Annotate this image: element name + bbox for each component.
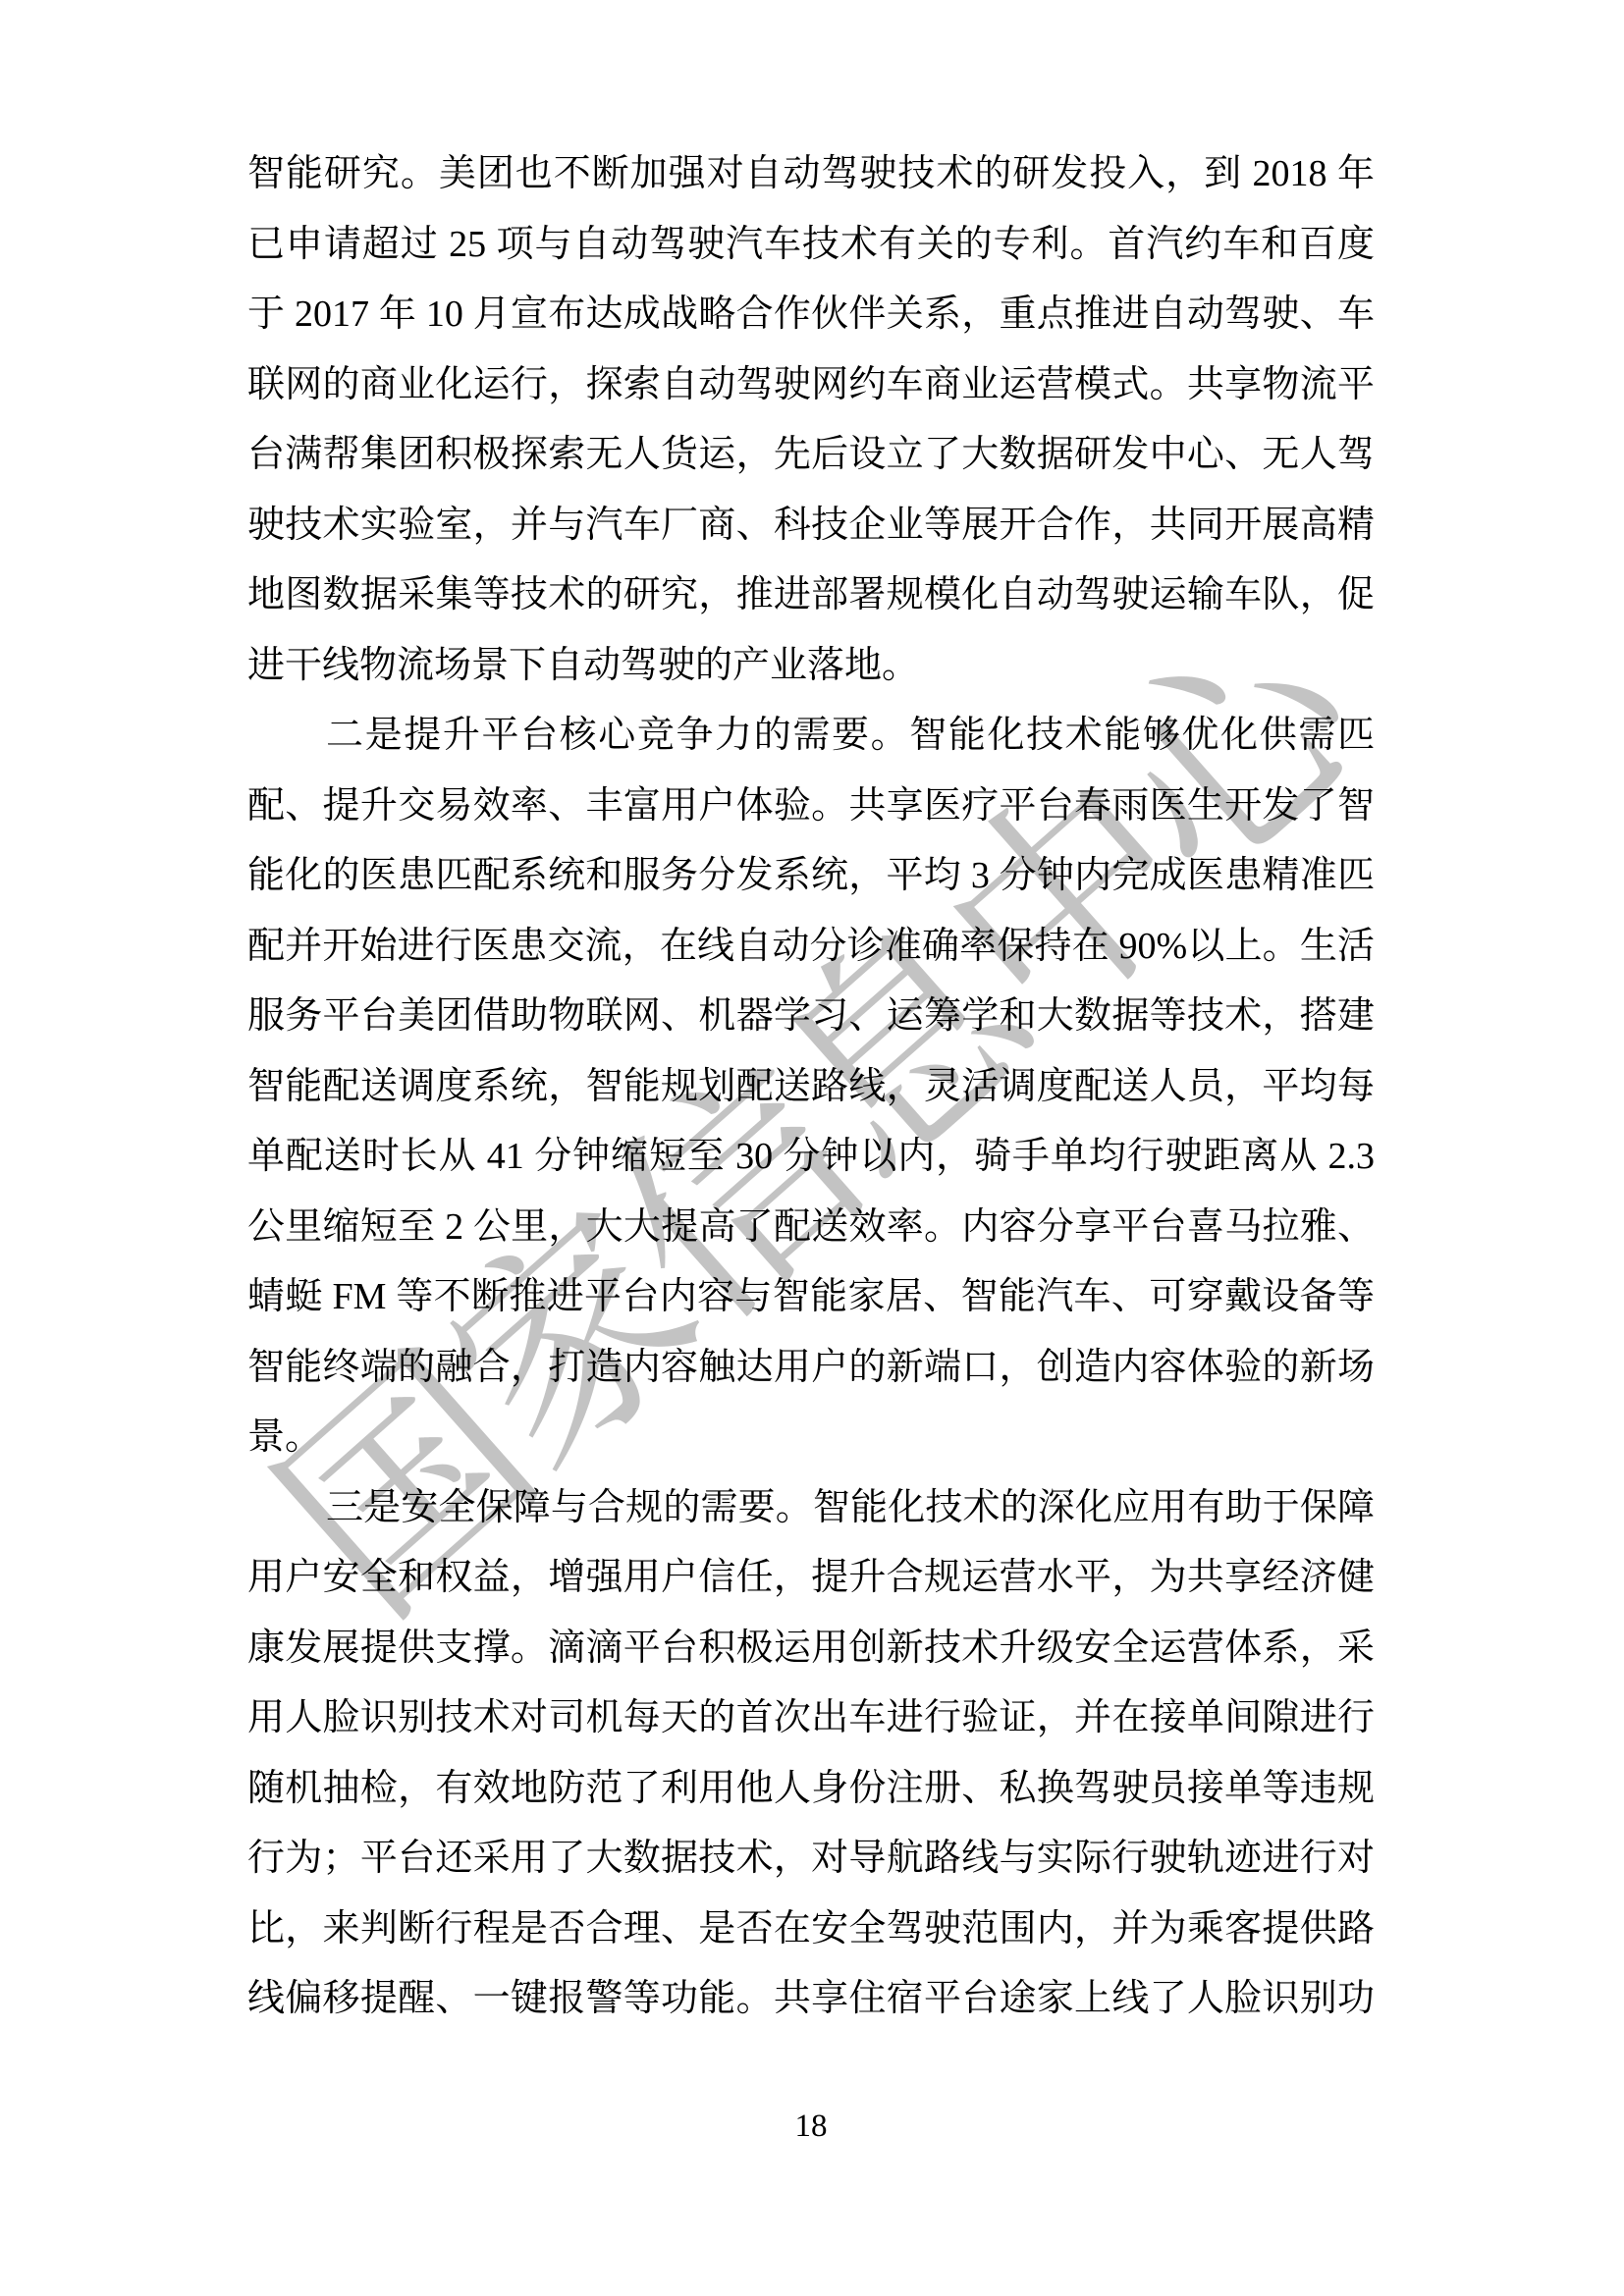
text-line: 能化的医患匹配系统和服务分发系统，平均 3 分钟内完成医患精准匹 xyxy=(247,841,1375,912)
document-text-body: 智能研究。美团也不断加强对自动驾驶技术的研发投入，到 2018 年已申请超过 2… xyxy=(247,139,1375,2035)
document-page: 国家信息中心 智能研究。美团也不断加强对自动驾驶技术的研发投入，到 2018 年… xyxy=(0,0,1624,2296)
text-line: 配、提升交易效率、丰富用户体验。共享医疗平台春雨医生开发了智 xyxy=(247,772,1375,842)
text-line: 三是安全保障与合规的需要。智能化技术的深化应用有助于保障 xyxy=(247,1473,1375,1544)
text-line: 线偏移提醒、一键报警等功能。共享住宿平台途家上线了人脸识别功 xyxy=(247,1964,1375,2035)
text-line: 智能配送调度系统，智能规划配送路线，灵活调度配送人员，平均每 xyxy=(247,1052,1375,1123)
text-line: 随机抽检，有效地防范了利用他人身份注册、私换驾驶员接单等违规 xyxy=(247,1754,1375,1825)
text-line: 比，来判断行程是否合理、是否在安全驾驶范围内，并为乘客提供路 xyxy=(247,1895,1375,1965)
text-line: 地图数据采集等技术的研究，推进部署规模化自动驾驶运输车队，促 xyxy=(247,561,1375,631)
text-line: 康发展提供支撑。滴滴平台积极运用创新技术升级安全运营体系，采 xyxy=(247,1614,1375,1684)
text-line: 已申请超过 25 项与自动驾驶汽车技术有关的专利。首汽约车和百度 xyxy=(247,210,1375,281)
text-line: 进干线物流场景下自动驾驶的产业落地。 xyxy=(247,631,1375,702)
text-line: 用人脸识别技术对司机每天的首次出车进行验证，并在接单间隙进行 xyxy=(247,1683,1375,1754)
text-line: 智能终端的融合，打造内容触达用户的新端口，创造内容体验的新场 xyxy=(247,1333,1375,1404)
text-line: 联网的商业化运行，探索自动驾驶网约车商业运营模式。共享物流平 xyxy=(247,350,1375,421)
text-line: 景。 xyxy=(247,1403,1375,1473)
text-line: 用户安全和权益，增强用户信任，提升合规运营水平，为共享经济健 xyxy=(247,1543,1375,1614)
text-line: 台满帮集团积极探索无人货运，先后设立了大数据研发中心、无人驾 xyxy=(247,420,1375,491)
text-line: 服务平台美团借助物联网、机器学习、运筹学和大数据等技术，搭建 xyxy=(247,982,1375,1052)
text-line: 蜻蜓 FM 等不断推进平台内容与智能家居、智能汽车、可穿戴设备等 xyxy=(247,1262,1375,1333)
text-line: 公里缩短至 2 公里，大大提高了配送效率。内容分享平台喜马拉雅、 xyxy=(247,1193,1375,1263)
text-line: 智能研究。美团也不断加强对自动驾驶技术的研发投入，到 2018 年 xyxy=(247,139,1375,210)
text-line: 驶技术实验室，并与汽车厂商、科技企业等展开合作，共同开展高精 xyxy=(247,491,1375,561)
page-number: 18 xyxy=(247,2109,1375,2145)
text-line: 于 2017 年 10 月宣布达成战略合作伙伴关系，重点推进自动驾驶、车 xyxy=(247,280,1375,350)
text-line: 单配送时长从 41 分钟缩短至 30 分钟以内，骑手单均行驶距离从 2.3 xyxy=(247,1122,1375,1193)
text-line: 二是提升平台核心竞争力的需要。智能化技术能够优化供需匹 xyxy=(247,701,1375,772)
text-line: 行为；平台还采用了大数据技术，对导航路线与实际行驶轨迹进行对 xyxy=(247,1824,1375,1895)
text-line: 配并开始进行医患交流，在线自动分诊准确率保持在 90%以上。生活 xyxy=(247,912,1375,983)
